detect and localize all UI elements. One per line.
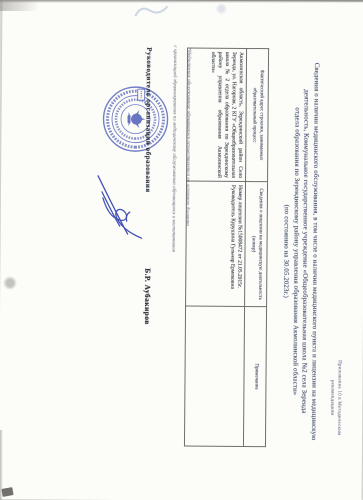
- header-cell-note: Примечание: [243, 306, 266, 446]
- footnote-line-1: *Медицинское обслуживание обучающихся ос…: [183, 47, 191, 287]
- scanner-corner-shadow: [0, 0, 52, 11]
- pencil-mark: [131, 0, 171, 26]
- header-cell-license: Сведения о лицензии на медицинскую деяте…: [244, 181, 267, 306]
- scanner-edge-top: [0, 0, 363, 3]
- document-page: Приложение 10 к Методическим рекомендаци…: [0, 0, 363, 500]
- info-table: Фактический адрес строения, занимаемых о…: [183, 47, 268, 447]
- signature-scribble: [87, 167, 150, 247]
- table-data-row: Акмолинская область, Зерендинский район …: [184, 48, 246, 446]
- hole-punch-mark: [3, 276, 17, 290]
- signatory-name: Б.Р. Аубакиров: [142, 268, 151, 325]
- document-title: Сведения о наличии медицинского обслужив…: [279, 41, 321, 461]
- cell-license: Номер лицензии №15008472 от 21.05.2015г.…: [185, 181, 245, 306]
- scanned-document-viewport: Приложение 10 к Методическим рекомендаци…: [0, 0, 363, 500]
- table-header-row: Фактический адрес строения, занимаемых о…: [243, 48, 268, 446]
- stamp-code-box: [137, 89, 144, 100]
- pencil-smudge: [215, 2, 227, 14]
- cell-note: [184, 306, 244, 446]
- round-stamp-icon: [101, 84, 170, 153]
- appendix-note: Приложение 10 к Методическим рекомендаци…: [327, 331, 342, 463]
- appendix-line-2: рекомендациям: [327, 331, 335, 463]
- header-cell-address: Фактический адрес строения, занимаемых о…: [245, 48, 268, 181]
- cell-address: Акмолинская область, Зерендинский район …: [186, 48, 246, 181]
